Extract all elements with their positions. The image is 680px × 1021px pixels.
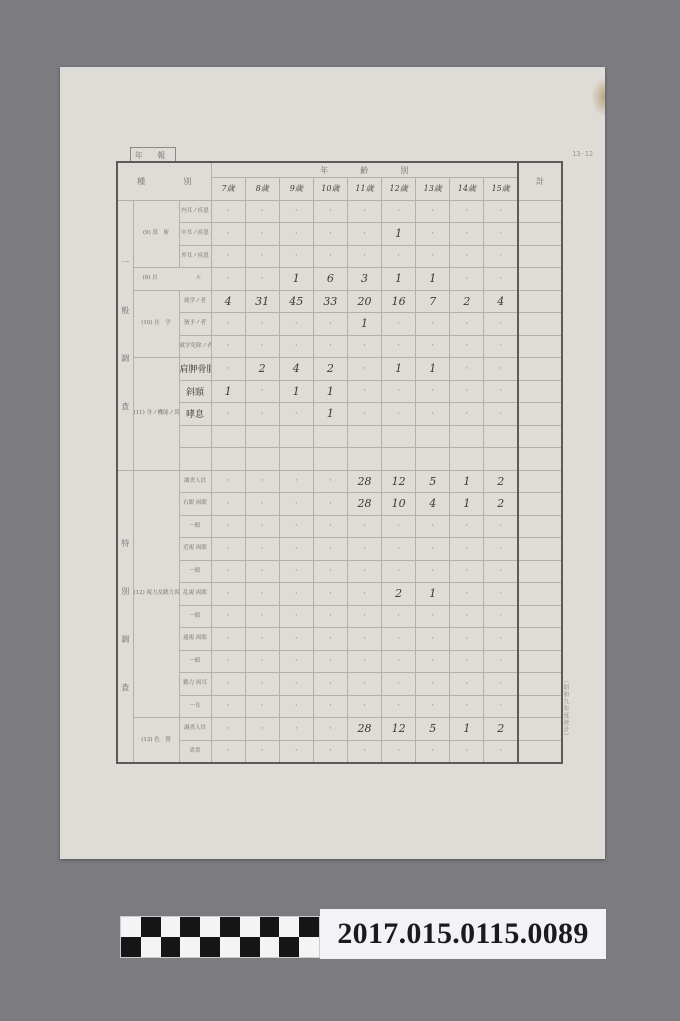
cell-age-14: · bbox=[450, 380, 484, 403]
cell-total bbox=[518, 740, 562, 763]
cell-age-15: · bbox=[484, 560, 518, 583]
cell-age-7: · bbox=[211, 650, 245, 673]
cell-age-14: 1 bbox=[450, 493, 484, 516]
cell-age-7: · bbox=[211, 718, 245, 741]
cell-age-7: · bbox=[211, 493, 245, 516]
cell-age-8: · bbox=[245, 268, 279, 291]
cell-age-13: · bbox=[416, 245, 450, 268]
cell-age-14: · bbox=[450, 650, 484, 673]
cell-age-8: · bbox=[245, 650, 279, 673]
cell-age-10: · bbox=[313, 583, 347, 606]
cell-age-11: · bbox=[347, 223, 381, 246]
cell-age-10: · bbox=[313, 200, 347, 223]
cell-age-8: · bbox=[245, 470, 279, 493]
cell-age-9 bbox=[279, 425, 313, 448]
cell-age-10: 1 bbox=[313, 380, 347, 403]
cell-age-8: · bbox=[245, 200, 279, 223]
cell-age-9 bbox=[279, 448, 313, 471]
table-row: 中耳ノ疾患·····1··· bbox=[117, 223, 562, 246]
cell-age-9: · bbox=[279, 695, 313, 718]
cell-age-7: · bbox=[211, 695, 245, 718]
table-row: (13) 色 覺調査人員····2812512 bbox=[117, 718, 562, 741]
table-row bbox=[117, 448, 562, 471]
cell-age-11: · bbox=[347, 335, 381, 358]
table-row: 一般調査(9) 算 術内耳ノ疾患········· bbox=[117, 200, 562, 223]
cell-age-11: · bbox=[347, 560, 381, 583]
cell-age-7: · bbox=[211, 560, 245, 583]
cell-age-8: · bbox=[245, 583, 279, 606]
cell-age-15: · bbox=[484, 650, 518, 673]
table-row: (10) 在 学就学ノ者43145332016724 bbox=[117, 290, 562, 313]
checker-square bbox=[180, 937, 200, 957]
cell-age-12: 2 bbox=[382, 583, 416, 606]
cell-age-13: · bbox=[416, 335, 450, 358]
cell-total bbox=[518, 223, 562, 246]
cell-age-12: · bbox=[382, 650, 416, 673]
cell-age-15: · bbox=[484, 380, 518, 403]
cell-age-7: · bbox=[211, 470, 245, 493]
cell-age-8: · bbox=[245, 245, 279, 268]
cell-age-14 bbox=[450, 425, 484, 448]
cell-age-9: · bbox=[279, 223, 313, 246]
cell-age-7: · bbox=[211, 223, 245, 246]
cell-age-15: 4 bbox=[484, 290, 518, 313]
row-label: 一眼 bbox=[179, 650, 211, 673]
cell-total bbox=[518, 605, 562, 628]
cell-age-11: · bbox=[347, 200, 381, 223]
cell-age-12: · bbox=[382, 560, 416, 583]
cell-age-8: · bbox=[245, 403, 279, 426]
cell-age-11: 20 bbox=[347, 290, 381, 313]
cell-age-14: · bbox=[450, 358, 484, 381]
checker-square bbox=[279, 937, 299, 957]
checker-square bbox=[279, 917, 299, 937]
cell-age-14: · bbox=[450, 583, 484, 606]
cell-age-13: 1 bbox=[416, 358, 450, 381]
group-label: (13) 色 覺 bbox=[133, 718, 179, 764]
cell-age-9: · bbox=[279, 650, 313, 673]
cell-age-7: · bbox=[211, 200, 245, 223]
cell-age-9: 4 bbox=[279, 358, 313, 381]
cell-age-12: · bbox=[382, 605, 416, 628]
cell-age-8: · bbox=[245, 628, 279, 651]
cell-age-11: · bbox=[347, 673, 381, 696]
cell-age-12: · bbox=[382, 695, 416, 718]
cell-age-9: · bbox=[279, 403, 313, 426]
cell-age-11: · bbox=[347, 650, 381, 673]
table-row: (11) 身ノ機能ノ異常ニ依ル異常児肩胛骨肥大·242·11·· bbox=[117, 358, 562, 381]
cell-age-15: · bbox=[484, 313, 518, 336]
cell-age-8 bbox=[245, 425, 279, 448]
row-label: 就学ノ者 bbox=[179, 290, 211, 313]
checker-square bbox=[161, 937, 181, 957]
cell-age-11: · bbox=[347, 380, 381, 403]
cell-total bbox=[518, 268, 562, 291]
group-label: (9) 貝 ル bbox=[133, 268, 211, 291]
cell-age-15: · bbox=[484, 740, 518, 763]
category-label-right: 別 bbox=[183, 177, 191, 186]
cell-age-7: · bbox=[211, 313, 245, 336]
table-row bbox=[117, 425, 562, 448]
cell-age-15: · bbox=[484, 605, 518, 628]
cell-age-10: · bbox=[313, 740, 347, 763]
row-label: 肩胛骨肥大 bbox=[179, 358, 211, 381]
cell-age-7: · bbox=[211, 268, 245, 291]
table-row: 哮息···1····· bbox=[117, 403, 562, 426]
group-label: (11) 身ノ機能ノ異常ニ依ル異常児 bbox=[133, 358, 179, 471]
cell-age-7: · bbox=[211, 515, 245, 538]
cell-age-12 bbox=[382, 425, 416, 448]
cell-age-9: · bbox=[279, 740, 313, 763]
cell-age-12: · bbox=[382, 403, 416, 426]
row-label bbox=[179, 425, 211, 448]
cell-age-10: · bbox=[313, 335, 347, 358]
color-scale-checker-strip bbox=[120, 916, 320, 958]
group-label: (12) 視力及聽力異常 bbox=[133, 470, 179, 718]
cell-age-12: · bbox=[382, 335, 416, 358]
cell-age-14: · bbox=[450, 515, 484, 538]
cell-age-13: · bbox=[416, 200, 450, 223]
cell-age-9: · bbox=[279, 605, 313, 628]
cell-age-11: · bbox=[347, 695, 381, 718]
cell-total bbox=[518, 470, 562, 493]
cell-age-10: · bbox=[313, 515, 347, 538]
table-row: 一眼········· bbox=[117, 605, 562, 628]
cell-age-9: · bbox=[279, 583, 313, 606]
age-13: 13歳 bbox=[416, 178, 450, 201]
cell-age-10: · bbox=[313, 695, 347, 718]
cell-age-14: · bbox=[450, 673, 484, 696]
table-row: 近視 両眼········· bbox=[117, 538, 562, 561]
cell-age-11: 28 bbox=[347, 718, 381, 741]
cell-age-7: · bbox=[211, 605, 245, 628]
cell-age-9: · bbox=[279, 515, 313, 538]
cell-age-10: · bbox=[313, 245, 347, 268]
cell-age-10: · bbox=[313, 628, 347, 651]
cell-total bbox=[518, 718, 562, 741]
cell-age-10: 2 bbox=[313, 358, 347, 381]
section-label-special: 特別調査 bbox=[117, 470, 133, 763]
cell-age-12: 1 bbox=[382, 358, 416, 381]
cell-age-12: · bbox=[382, 313, 416, 336]
cell-age-15: · bbox=[484, 268, 518, 291]
row-label: 異常 bbox=[179, 740, 211, 763]
cell-age-15: · bbox=[484, 403, 518, 426]
cell-age-13: 4 bbox=[416, 493, 450, 516]
table-row: 就学免除ノ者········· bbox=[117, 335, 562, 358]
cell-total bbox=[518, 673, 562, 696]
row-label: 調査人員 bbox=[179, 718, 211, 741]
cell-age-8: · bbox=[245, 223, 279, 246]
cell-age-8: · bbox=[245, 718, 279, 741]
cell-age-14: · bbox=[450, 313, 484, 336]
cell-age-8: · bbox=[245, 695, 279, 718]
cell-total bbox=[518, 200, 562, 223]
cell-age-14: · bbox=[450, 560, 484, 583]
cell-age-8 bbox=[245, 448, 279, 471]
cell-age-14: · bbox=[450, 628, 484, 651]
paper-stain bbox=[591, 77, 605, 117]
row-label: 斜頸 bbox=[179, 380, 211, 403]
cell-age-15: · bbox=[484, 245, 518, 268]
cell-age-11: · bbox=[347, 515, 381, 538]
cell-age-12: · bbox=[382, 200, 416, 223]
cell-age-10: · bbox=[313, 718, 347, 741]
cell-age-14 bbox=[450, 448, 484, 471]
cell-age-8: · bbox=[245, 740, 279, 763]
cell-age-14: · bbox=[450, 335, 484, 358]
cell-age-9: 1 bbox=[279, 268, 313, 291]
cell-age-10: · bbox=[313, 650, 347, 673]
cell-age-14: 1 bbox=[450, 470, 484, 493]
cell-age-15: · bbox=[484, 358, 518, 381]
cell-age-12: · bbox=[382, 515, 416, 538]
cell-age-12 bbox=[382, 448, 416, 471]
section-label-general: 一般調査 bbox=[117, 200, 133, 470]
cell-age-10: · bbox=[313, 673, 347, 696]
cell-total bbox=[518, 628, 562, 651]
age-12: 12歳 bbox=[382, 178, 416, 201]
cell-age-14: · bbox=[450, 740, 484, 763]
cell-age-13 bbox=[416, 425, 450, 448]
header-row-1: 種 別 年 齡 別 計 bbox=[117, 162, 562, 178]
cell-age-13: · bbox=[416, 695, 450, 718]
age-15: 15歳 bbox=[484, 178, 518, 201]
cell-age-8: · bbox=[245, 380, 279, 403]
cell-age-9: · bbox=[279, 538, 313, 561]
cell-total bbox=[518, 493, 562, 516]
cell-age-10 bbox=[313, 448, 347, 471]
cell-age-13: · bbox=[416, 560, 450, 583]
cell-age-14: · bbox=[450, 200, 484, 223]
cell-age-11: · bbox=[347, 538, 381, 561]
cell-age-7: 4 bbox=[211, 290, 245, 313]
cell-total bbox=[518, 695, 562, 718]
age-7: 7歳 bbox=[211, 178, 245, 201]
checker-square bbox=[220, 937, 240, 957]
checker-square bbox=[299, 917, 319, 937]
cell-age-13: · bbox=[416, 605, 450, 628]
cell-age-12: · bbox=[382, 380, 416, 403]
cell-age-14: · bbox=[450, 605, 484, 628]
cell-age-8: · bbox=[245, 605, 279, 628]
row-label: 哮息 bbox=[179, 403, 211, 426]
cell-age-12: 16 bbox=[382, 290, 416, 313]
cell-age-7 bbox=[211, 448, 245, 471]
cell-total bbox=[518, 380, 562, 403]
cell-age-12: 1 bbox=[382, 223, 416, 246]
table-row: 乱視 両眼·····21·· bbox=[117, 583, 562, 606]
cell-age-7: · bbox=[211, 740, 245, 763]
cell-age-13 bbox=[416, 448, 450, 471]
cell-age-8: · bbox=[245, 673, 279, 696]
cell-age-15: · bbox=[484, 515, 518, 538]
cell-total bbox=[518, 583, 562, 606]
cell-age-11: · bbox=[347, 245, 381, 268]
row-label: 聽力 両耳 bbox=[179, 673, 211, 696]
group-label: (9) 算 術 bbox=[133, 200, 179, 268]
cell-age-12: · bbox=[382, 538, 416, 561]
cell-total bbox=[518, 403, 562, 426]
row-label: 乱視 両眼 bbox=[179, 583, 211, 606]
checker-square bbox=[220, 917, 240, 937]
cell-age-15: · bbox=[484, 695, 518, 718]
cell-age-13: · bbox=[416, 313, 450, 336]
cell-age-10: · bbox=[313, 538, 347, 561]
cell-age-15: 2 bbox=[484, 493, 518, 516]
table-row: 猶予ノ者····1···· bbox=[117, 313, 562, 336]
cell-age-7: · bbox=[211, 245, 245, 268]
cell-age-11: 28 bbox=[347, 493, 381, 516]
cell-age-10: 1 bbox=[313, 403, 347, 426]
cell-age-8: · bbox=[245, 538, 279, 561]
cell-age-15: · bbox=[484, 628, 518, 651]
row-label: 一耳 bbox=[179, 695, 211, 718]
cell-age-11 bbox=[347, 425, 381, 448]
cell-age-11: 28 bbox=[347, 470, 381, 493]
cell-total bbox=[518, 538, 562, 561]
cell-age-9: · bbox=[279, 245, 313, 268]
age-10: 10歳 bbox=[313, 178, 347, 201]
age-8: 8歳 bbox=[245, 178, 279, 201]
cell-age-7 bbox=[211, 425, 245, 448]
cell-age-10: 33 bbox=[313, 290, 347, 313]
table-row: 一眼········· bbox=[117, 650, 562, 673]
pencil-page-note: 13-12 bbox=[572, 150, 593, 158]
cell-age-11: · bbox=[347, 583, 381, 606]
cell-total bbox=[518, 425, 562, 448]
cell-total bbox=[518, 358, 562, 381]
cell-age-12: 12 bbox=[382, 718, 416, 741]
cell-age-7: · bbox=[211, 403, 245, 426]
table-row: 一眼········· bbox=[117, 560, 562, 583]
row-label: 一眼 bbox=[179, 515, 211, 538]
cell-age-13: · bbox=[416, 538, 450, 561]
row-label bbox=[179, 448, 211, 471]
cell-age-12: · bbox=[382, 628, 416, 651]
checker-square bbox=[240, 917, 260, 937]
cell-age-7: · bbox=[211, 583, 245, 606]
cell-age-7: · bbox=[211, 538, 245, 561]
cell-age-9: 1 bbox=[279, 380, 313, 403]
cell-total bbox=[518, 245, 562, 268]
cell-total bbox=[518, 650, 562, 673]
cell-age-9: · bbox=[279, 560, 313, 583]
checker-square bbox=[260, 937, 280, 957]
table-row: 一耳········· bbox=[117, 695, 562, 718]
cell-age-15: · bbox=[484, 223, 518, 246]
cell-age-15 bbox=[484, 425, 518, 448]
cell-age-8: 2 bbox=[245, 358, 279, 381]
table-row: (9) 貝 ル··16311·· bbox=[117, 268, 562, 291]
cell-age-12: 12 bbox=[382, 470, 416, 493]
cell-age-13: 5 bbox=[416, 718, 450, 741]
cell-age-12: 10 bbox=[382, 493, 416, 516]
table-row: 聽力 両耳········· bbox=[117, 673, 562, 696]
row-label: 近視 両眼 bbox=[179, 538, 211, 561]
archival-document-sheet: 年 報 13-12 （昭和九年度統計） 種 別 年 齡 別 計 7歳 bbox=[60, 67, 605, 859]
checker-square bbox=[299, 937, 319, 957]
accession-number-label: 2017.015.0115.0089 bbox=[320, 909, 606, 959]
cell-age-8: · bbox=[245, 493, 279, 516]
table-row: 一眼········· bbox=[117, 515, 562, 538]
cell-age-14: · bbox=[450, 403, 484, 426]
cell-age-13: 1 bbox=[416, 268, 450, 291]
cell-total bbox=[518, 515, 562, 538]
cell-age-11: 3 bbox=[347, 268, 381, 291]
cell-age-14: 2 bbox=[450, 290, 484, 313]
cell-age-13: · bbox=[416, 673, 450, 696]
row-label: 調査人員 bbox=[179, 470, 211, 493]
cell-age-13: · bbox=[416, 380, 450, 403]
age-14: 14歳 bbox=[450, 178, 484, 201]
checker-square bbox=[161, 917, 181, 937]
cell-age-14: · bbox=[450, 245, 484, 268]
cell-age-11: · bbox=[347, 740, 381, 763]
cell-age-12: · bbox=[382, 740, 416, 763]
checker-square bbox=[141, 937, 161, 957]
cell-total bbox=[518, 448, 562, 471]
row-label: 一眼 bbox=[179, 605, 211, 628]
cell-age-10 bbox=[313, 425, 347, 448]
cell-age-9: · bbox=[279, 470, 313, 493]
cell-age-7: · bbox=[211, 628, 245, 651]
cell-age-13: 7 bbox=[416, 290, 450, 313]
cell-age-14: · bbox=[450, 538, 484, 561]
cell-age-11: 1 bbox=[347, 313, 381, 336]
checker-square bbox=[240, 937, 260, 957]
cell-age-11: · bbox=[347, 358, 381, 381]
cell-age-10: · bbox=[313, 313, 347, 336]
cell-age-15: · bbox=[484, 583, 518, 606]
cell-age-9: 45 bbox=[279, 290, 313, 313]
cell-age-7: · bbox=[211, 335, 245, 358]
cell-age-13: · bbox=[416, 628, 450, 651]
cell-age-11: · bbox=[347, 605, 381, 628]
age-9: 9歳 bbox=[279, 178, 313, 201]
cell-age-8: · bbox=[245, 313, 279, 336]
row-label: 中耳ノ疾患 bbox=[179, 223, 211, 246]
checker-square bbox=[200, 937, 220, 957]
row-label: 遠視 両眼 bbox=[179, 628, 211, 651]
cell-age-11 bbox=[347, 448, 381, 471]
cell-age-14: · bbox=[450, 695, 484, 718]
cell-age-8: · bbox=[245, 560, 279, 583]
cell-age-8: · bbox=[245, 515, 279, 538]
row-label: 一眼 bbox=[179, 560, 211, 583]
cell-age-9: · bbox=[279, 200, 313, 223]
cell-age-8: · bbox=[245, 335, 279, 358]
cell-age-15: · bbox=[484, 673, 518, 696]
table-row: 外耳ノ疾患········· bbox=[117, 245, 562, 268]
cell-age-14: · bbox=[450, 268, 484, 291]
cell-age-8: 31 bbox=[245, 290, 279, 313]
cell-age-13: 5 bbox=[416, 470, 450, 493]
cell-age-9: · bbox=[279, 335, 313, 358]
form-body: 一般調査(9) 算 術内耳ノ疾患·········中耳ノ疾患·····1···外… bbox=[117, 200, 562, 763]
checker-square bbox=[121, 937, 141, 957]
cell-age-15: 2 bbox=[484, 718, 518, 741]
cell-age-10: · bbox=[313, 470, 347, 493]
cell-age-14: · bbox=[450, 223, 484, 246]
cell-age-12: 1 bbox=[382, 268, 416, 291]
cell-age-14: 1 bbox=[450, 718, 484, 741]
cell-age-13: · bbox=[416, 403, 450, 426]
cell-age-13: · bbox=[416, 650, 450, 673]
checker-square bbox=[180, 917, 200, 937]
row-label: 外耳ノ疾患 bbox=[179, 245, 211, 268]
cell-age-9: · bbox=[279, 718, 313, 741]
